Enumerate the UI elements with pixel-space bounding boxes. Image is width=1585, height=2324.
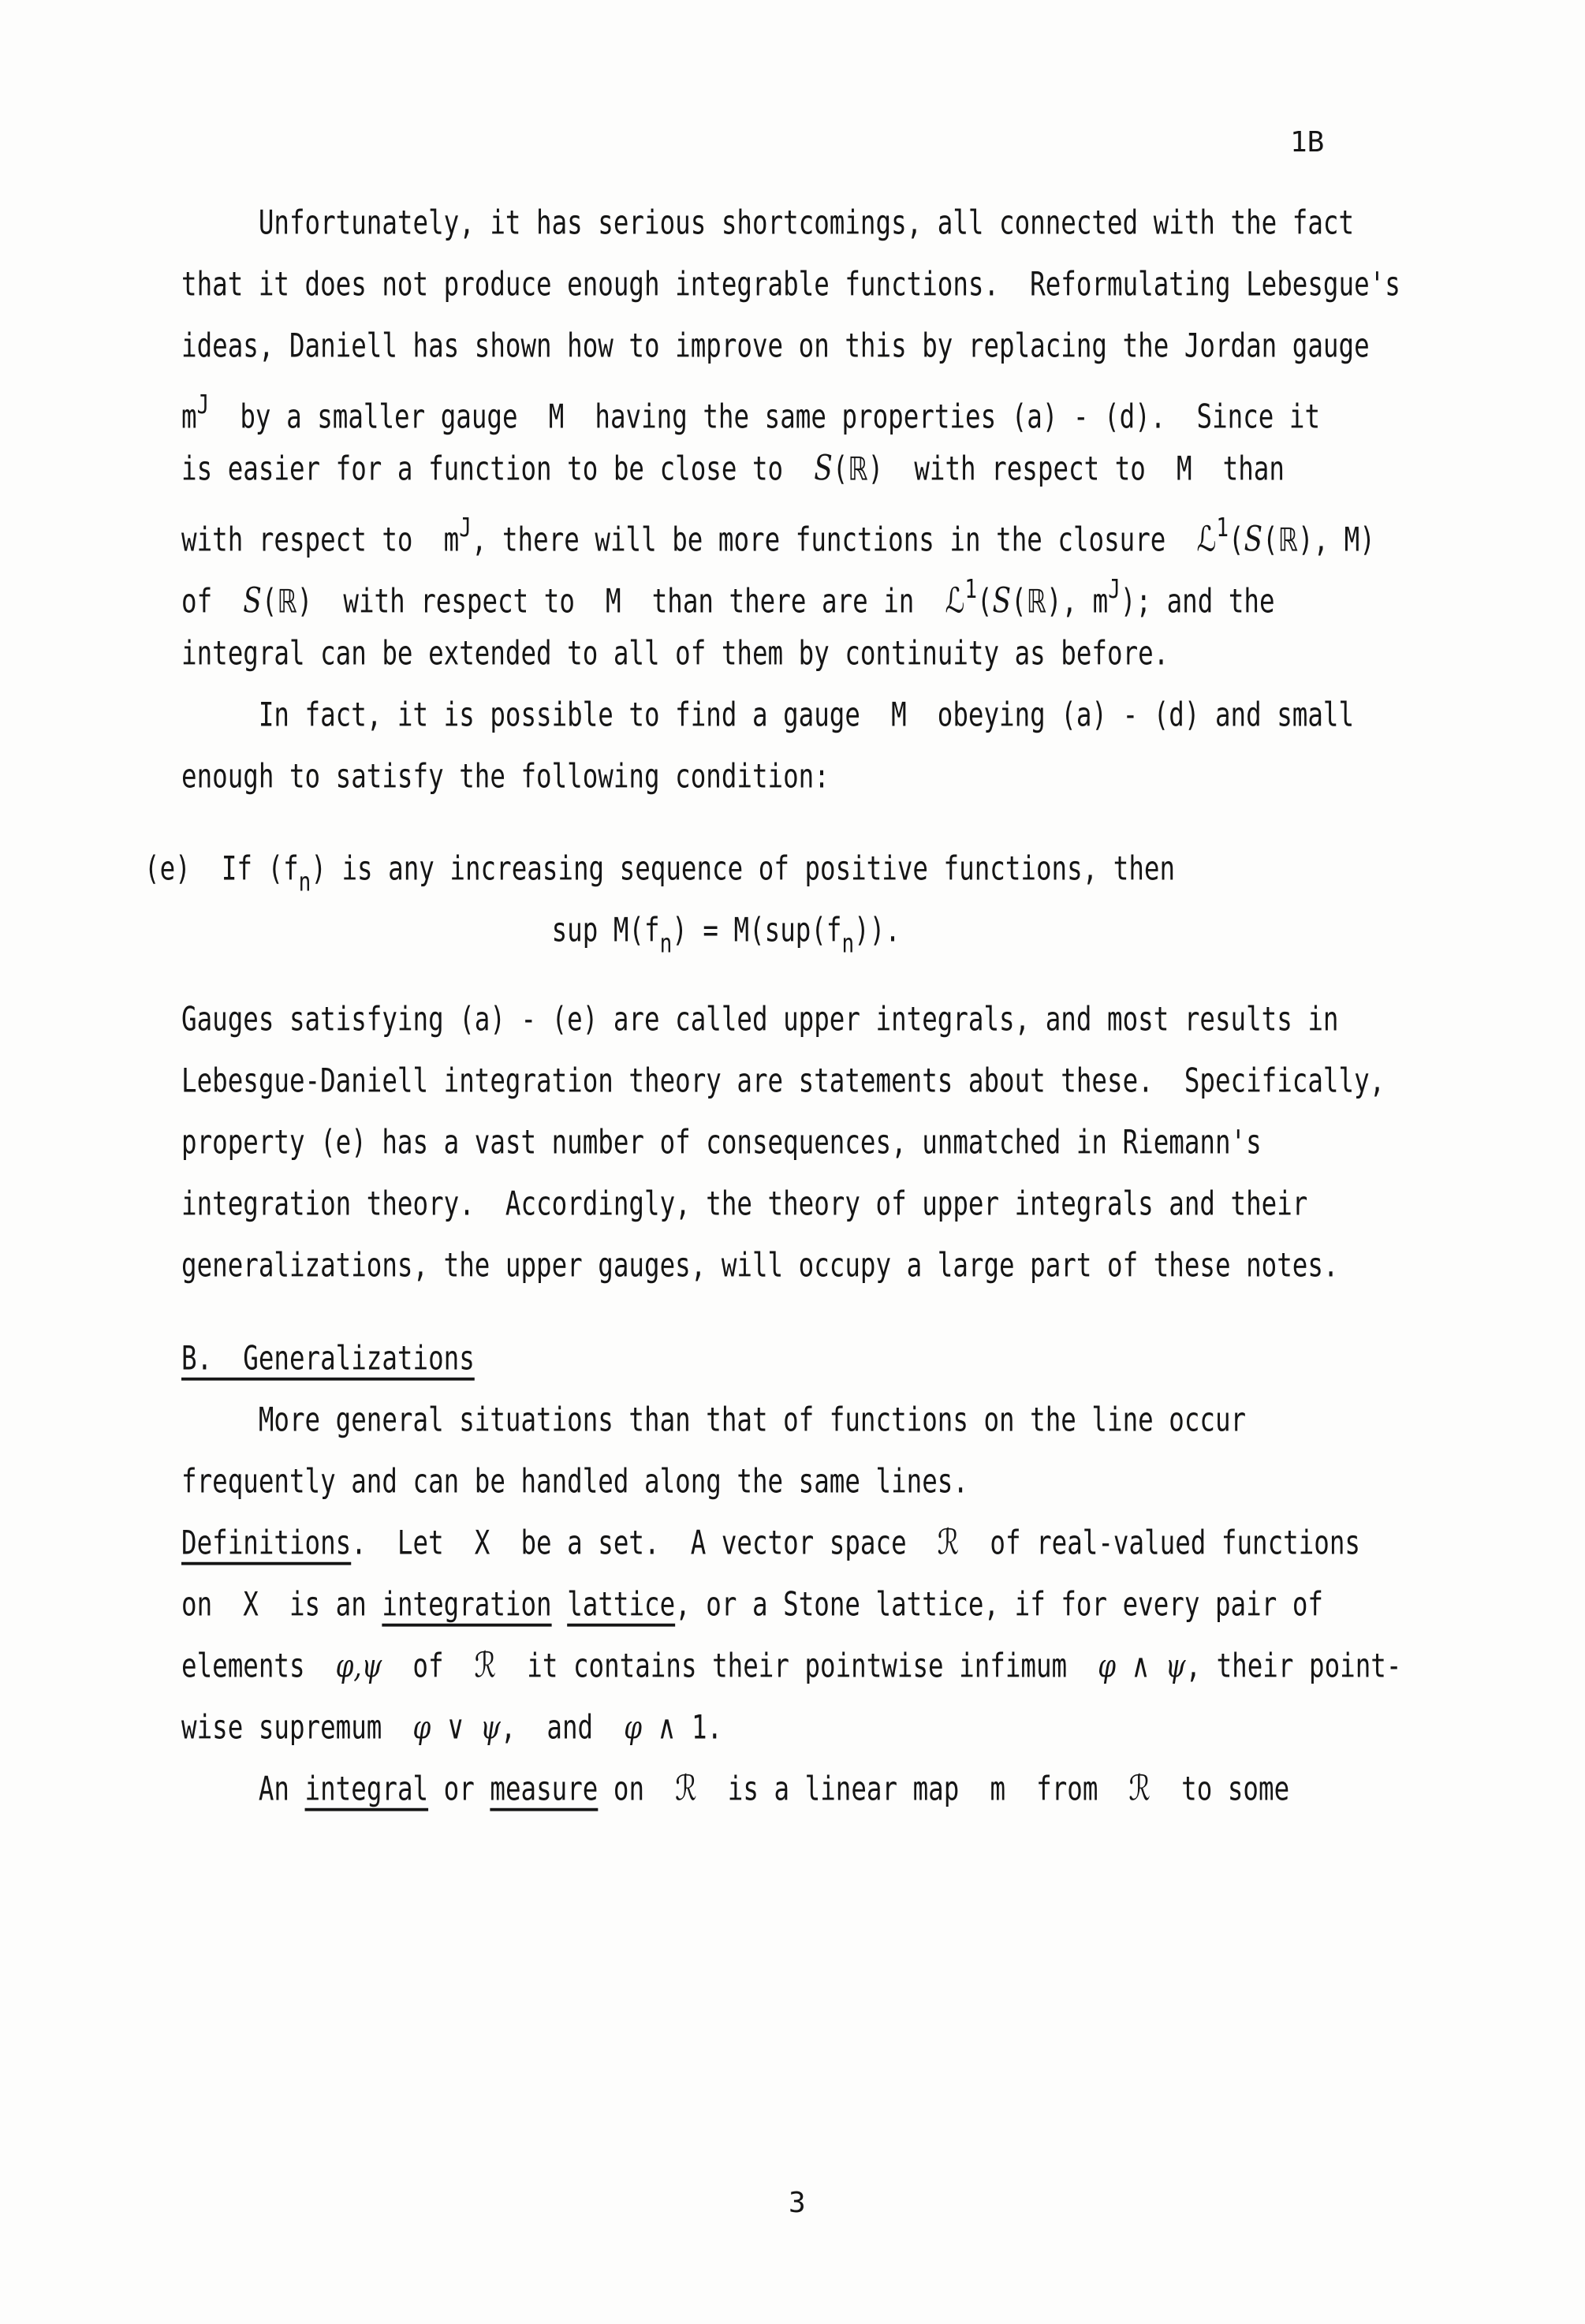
page-number-bottom: 3 — [789, 2189, 806, 2218]
text-line: generalizations, the upper gauges, will … — [181, 1240, 1401, 1301]
text-line: enough to satisfy the following conditio… — [181, 751, 1401, 812]
page-body: Unfortunately, it has serious shortcomin… — [181, 197, 1401, 1825]
typewritten-page: 1B Unfortunately, it has serious shortco… — [0, 0, 1585, 2324]
equation-line: sup M(fn) = M(sup(fn)). — [181, 907, 1401, 968]
text-line: An integral or measure on ℛ is a linear … — [181, 1763, 1401, 1825]
page-number-top: 1B — [1290, 129, 1324, 157]
